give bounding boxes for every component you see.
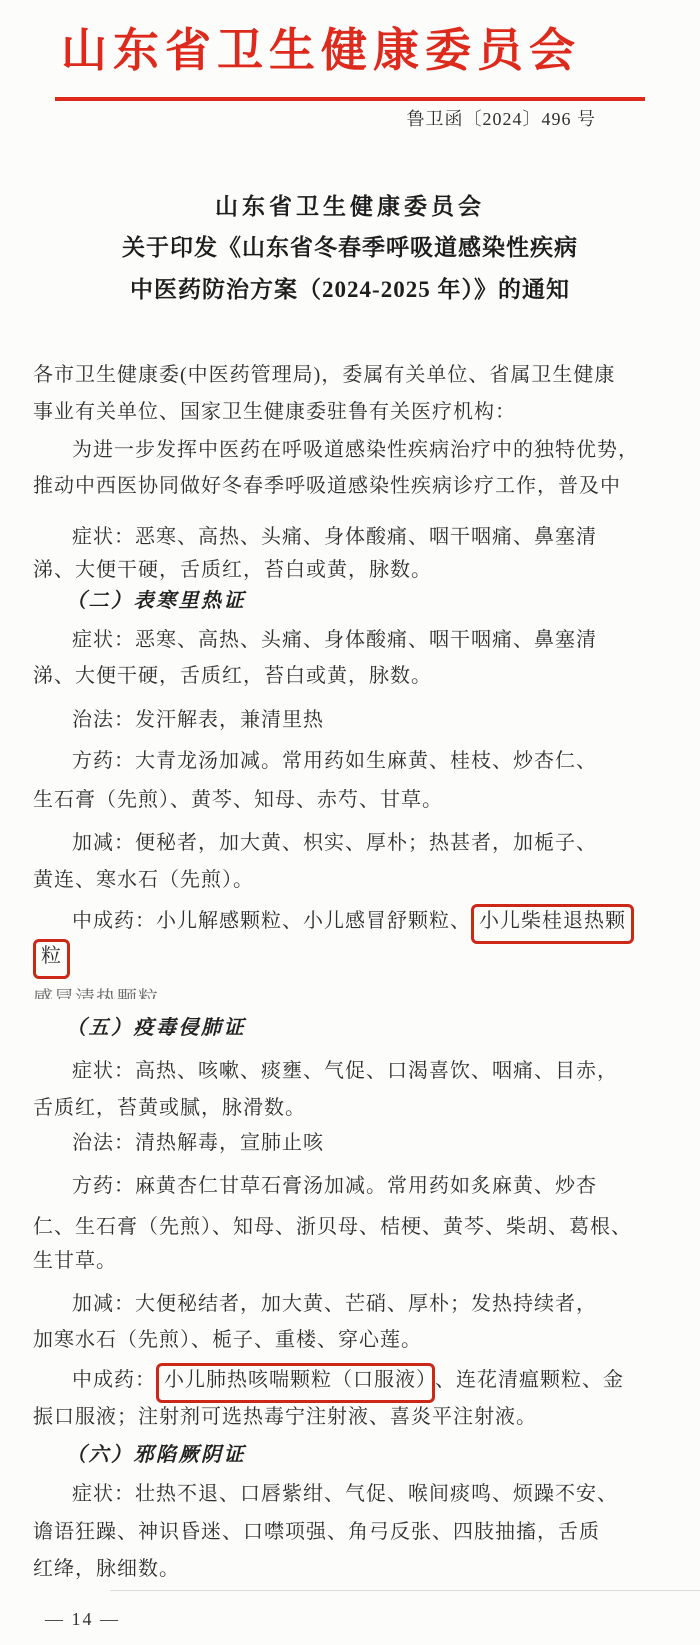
text-segment: 、连花清瘟颗粒、金: [435, 1369, 624, 1391]
document-line: 生石膏（先煎）、黄芩、知母、赤芍、甘草。: [33, 787, 443, 813]
document-title-line: 中医药防治方案（2024-2025 年）》的通知: [0, 273, 700, 307]
text-segment: 为进一步发挥中医药在呼吸道感染性疾病治疗中的独特优势，: [72, 439, 639, 461]
document-line: 中成药：小儿解感颗粒、小儿感冒舒颗粒、小儿柴桂退热颗: [72, 908, 634, 934]
section-heading: （二）表寒里热证: [66, 588, 246, 614]
text-segment: 加寒水石（先煎）、栀子、重楼、穿心莲。: [33, 1329, 422, 1351]
text-segment: 症状：壮热不退、口唇紫绀、气促、喉间痰鸣、烦躁不安、: [72, 1483, 618, 1505]
text-segment: 加减：大便秘结者，加大黄、芒硝、厚朴；发热持续者，: [72, 1293, 597, 1315]
text-segment: 加减：便秘者，加大黄、枳实、厚朴；热甚者，加栀子、: [72, 832, 597, 854]
document-line: 生甘草。: [33, 1248, 117, 1274]
document-line: 推动中西医协同做好冬春季呼吸道感染性疾病诊疗工作，普及中: [33, 473, 621, 499]
document-line: 感冒清热颗粒。: [33, 986, 180, 999]
text-segment: 各市卫生健康委(中医药管理局)，委属有关单位、省属卫生健康: [33, 364, 615, 386]
text-segment: 黄连、寒水石（先煎）。: [33, 869, 254, 891]
text-segment: （二）表寒里热证: [66, 590, 246, 612]
stitch-seam-line: [110, 1590, 700, 1591]
text-segment: 生石膏（先煎）、黄芩、知母、赤芍、甘草。: [33, 789, 443, 811]
text-segment: 症状：高热、咳嗽、痰壅、气促、口渴喜饮、咽痛、目赤，: [72, 1060, 618, 1082]
document-line: 仁、生石膏（先煎）、知母、浙贝母、桔梗、黄芩、柴胡、葛根、: [33, 1214, 632, 1240]
document-line: 谵语狂躁、神识昏迷、口噤项强、角弓反张、四肢抽搐，舌质: [33, 1519, 600, 1545]
page-number: — 14 —: [45, 1609, 120, 1630]
document-line: 粒: [33, 943, 70, 969]
document-line: 症状：壮热不退、口唇紫绀、气促、喉间痰鸣、烦躁不安、: [72, 1481, 618, 1507]
document-line: 中成药：小儿肺热咳喘颗粒（口服液）、连花清瘟颗粒、金: [72, 1367, 624, 1393]
document-line: 治法：发汗解表，兼清里热: [72, 707, 324, 733]
document-line: 涕、大便干硬，舌质红，苔白或黄，脉数。: [33, 663, 432, 689]
section-heading: （五）疫毒侵肺证: [66, 1015, 246, 1041]
document-line: 振口服液；注射剂可选热毒宁注射液、喜炎平注射液。: [33, 1404, 537, 1430]
text-segment: 涕、大便干硬，舌质红，苔白或黄，脉数。: [33, 559, 432, 581]
highlight-box: 小儿柴桂退热颗: [471, 904, 634, 944]
section-heading: （六）邪陷厥阴证: [66, 1442, 246, 1468]
text-segment: 谵语狂躁、神识昏迷、口噤项强、角弓反张、四肢抽搐，舌质: [33, 1521, 600, 1543]
text-segment: 症状：恶寒、高热、头痛、身体酸痛、咽干咽痛、鼻塞清: [72, 526, 597, 548]
document-line: 黄连、寒水石（先煎）。: [33, 867, 254, 893]
document-line: 舌质红，苔黄或腻，脉滑数。: [33, 1095, 306, 1121]
document-line: 为进一步发挥中医药在呼吸道感染性疾病治疗中的独特优势，: [72, 437, 639, 463]
document-line: 症状：高热、咳嗽、痰壅、气促、口渴喜饮、咽痛、目赤，: [72, 1058, 618, 1084]
letterhead-agency-name: 山东省卫生健康委员会: [0, 20, 700, 82]
text-segment: （五）疫毒侵肺证: [66, 1017, 246, 1039]
text-segment: （六）邪陷厥阴证: [66, 1444, 246, 1466]
text-segment: 仁、生石膏（先煎）、知母、浙贝母、桔梗、黄芩、柴胡、葛根、: [33, 1216, 632, 1238]
text-segment: 振口服液；注射剂可选热毒宁注射液、喜炎平注射液。: [33, 1406, 537, 1428]
text-segment: 感冒清热颗粒。: [33, 988, 180, 999]
document-line: 症状：恶寒、高热、头痛、身体酸痛、咽干咽痛、鼻塞清: [72, 627, 597, 653]
text-segment: 舌质红，苔黄或腻，脉滑数。: [33, 1097, 306, 1119]
official-document-page: 山东省卫生健康委员会 鲁卫函〔2024〕496 号 山东省卫生健康委员会 关于印…: [0, 0, 700, 1645]
text-segment: 方药：麻黄杏仁甘草石膏汤加减。常用药如炙麻黄、炒杏: [72, 1175, 597, 1197]
highlight-box: 粒: [33, 939, 70, 979]
document-title-line: 山东省卫生健康委员会: [0, 190, 700, 224]
document-line: 方药：麻黄杏仁甘草石膏汤加减。常用药如炙麻黄、炒杏: [72, 1173, 597, 1199]
document-title-line: 关于印发《山东省冬春季呼吸道感染性疾病: [0, 231, 700, 265]
document-line: 涕、大便干硬，舌质红，苔白或黄，脉数。: [33, 557, 432, 583]
text-segment: 涕、大便干硬，舌质红，苔白或黄，脉数。: [33, 665, 432, 687]
text-segment: 生甘草。: [33, 1250, 117, 1272]
document-line: 治法：清热解毒，宣肺止咳: [72, 1130, 324, 1156]
highlight-box: 小儿肺热咳喘颗粒（口服液）: [156, 1363, 435, 1403]
document-line: 事业有关单位、国家卫生健康委驻鲁有关医疗机构：: [33, 399, 516, 425]
document-line: 加寒水石（先煎）、栀子、重楼、穿心莲。: [33, 1327, 422, 1353]
document-line: 方药：大青龙汤加减。常用药如生麻黄、桂枝、炒杏仁、: [72, 748, 597, 774]
text-segment: 症状：恶寒、高热、头痛、身体酸痛、咽干咽痛、鼻塞清: [72, 629, 597, 651]
text-segment: 中成药：: [72, 1369, 156, 1391]
document-line: 加减：便秘者，加大黄、枳实、厚朴；热甚者，加栀子、: [72, 830, 597, 856]
letterhead-divider-rule: [55, 97, 645, 101]
document-line: 各市卫生健康委(中医药管理局)，委属有关单位、省属卫生健康: [33, 362, 615, 388]
document-line: 症状：恶寒、高热、头痛、身体酸痛、咽干咽痛、鼻塞清: [72, 524, 597, 550]
document-number: 鲁卫函〔2024〕496 号: [407, 105, 597, 131]
text-segment: 治法：清热解毒，宣肺止咳: [72, 1132, 324, 1154]
text-segment: 事业有关单位、国家卫生健康委驻鲁有关医疗机构：: [33, 401, 516, 423]
text-segment: 治法：发汗解表，兼清里热: [72, 709, 324, 731]
text-segment: 中成药：小儿解感颗粒、小儿感冒舒颗粒、: [72, 910, 471, 932]
text-segment: 红绛，脉细数。: [33, 1558, 180, 1580]
text-segment: 方药：大青龙汤加减。常用药如生麻黄、桂枝、炒杏仁、: [72, 750, 597, 772]
document-line: 红绛，脉细数。: [33, 1556, 180, 1582]
text-segment: 推动中西医协同做好冬春季呼吸道感染性疾病诊疗工作，普及中: [33, 475, 621, 497]
document-line: 加减：大便秘结者，加大黄、芒硝、厚朴；发热持续者，: [72, 1291, 597, 1317]
